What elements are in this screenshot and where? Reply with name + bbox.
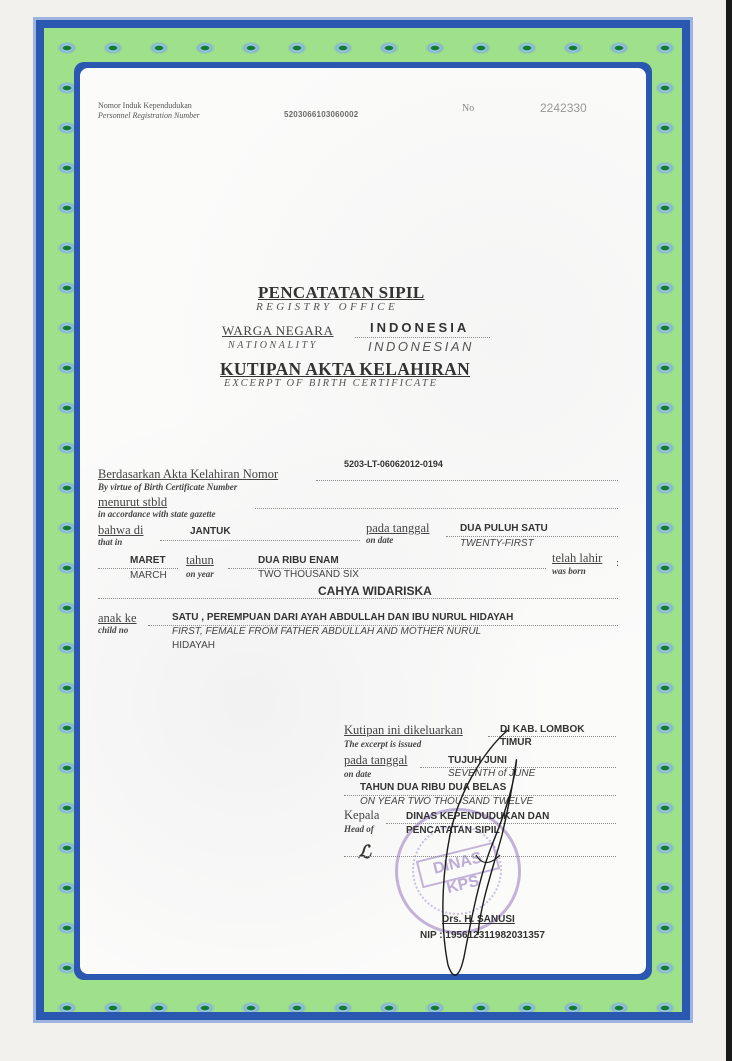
year-label-en: on year <box>186 569 214 579</box>
nationality-label: WARGA NEGARA <box>222 323 334 339</box>
document-title: KUTIPAN AKTA KELAHIRAN <box>220 359 470 380</box>
paraf-initial-icon: ℒ <box>358 842 371 863</box>
office-title-en: REGISTRY OFFICE <box>256 301 398 313</box>
nik-label: Nomor Induk Kependudukan Personnel Regis… <box>98 101 200 121</box>
date-label-en: on date <box>366 535 393 545</box>
born-colon: : <box>616 557 619 569</box>
nationality-dotted-line <box>355 337 490 338</box>
signature-icon <box>420 725 530 985</box>
place-dotted-line <box>160 540 360 541</box>
cert-number-dotted-line <box>316 480 618 481</box>
name-dotted-line <box>98 598 618 599</box>
cert-number-label-en: By virtue of Birth Certificate Number <box>98 482 237 492</box>
serial-prefix: No <box>462 103 474 114</box>
document-title-en: EXCERPT OF BIRTH CERTIFICATE <box>224 378 438 389</box>
nik-label-id: Nomor Induk Kependudukan <box>98 101 200 111</box>
birth-year: DUA RIBU ENAM <box>258 555 339 566</box>
office-title: PENCATATAN SIPIL <box>258 283 424 303</box>
birth-month: MARET <box>130 555 166 566</box>
born-label: telah lahir <box>552 551 602 566</box>
nik-label-en: Personnel Registration Number <box>98 111 200 121</box>
issued-label-en: The excerpt is issued <box>344 739 421 749</box>
birth-month-en: MARCH <box>130 570 167 581</box>
child-description-en-2: HIDAYAH <box>172 640 215 651</box>
stbld-label-en: in accordance with state gazette <box>98 509 216 519</box>
child-no-label-en: child no <box>98 625 128 635</box>
date-label: pada tanggal <box>366 521 430 536</box>
serial-number: 2242330 <box>540 101 587 115</box>
child-description-en-1: FIRST, FEMALE FROM FATHER ABDULLAH AND M… <box>172 626 481 637</box>
place-label-en: that in <box>98 537 122 547</box>
certificate-paper <box>80 68 646 974</box>
nationality-label-en: NATIONALITY <box>228 340 318 351</box>
nationality-value-en: INDONESIAN <box>368 339 474 354</box>
issued-date-label-en: on date <box>344 769 371 779</box>
page-edge <box>726 0 732 1061</box>
birth-date: DUA PULUH SATU <box>460 523 548 534</box>
certificate-number: 5203-LT-06062012-0194 <box>344 459 443 469</box>
birth-place: JANTUK <box>190 526 231 537</box>
date-dotted-line <box>446 536 618 537</box>
born-label-en: was born <box>552 566 586 576</box>
cert-number-label: Berdasarkan Akta Kelahiran Nomor <box>98 467 278 482</box>
nationality-value: INDONESIA <box>370 320 469 335</box>
stbld-dotted-line <box>255 508 618 509</box>
birth-year-en: TWO THOUSAND SIX <box>258 569 359 580</box>
child-description: SATU , PEREMPUAN DARI AYAH ABDULLAH DAN … <box>172 612 513 623</box>
issued-date-label: pada tanggal <box>344 753 408 768</box>
child-name: CAHYA WIDARISKA <box>318 584 432 598</box>
nik-value: 5203066103060002 <box>284 110 358 119</box>
birth-date-en: TWENTY-FIRST <box>460 538 534 549</box>
child-no-label: anak ke <box>98 611 137 626</box>
stbld-label: menurut stbld <box>98 495 167 510</box>
head-label: Kepala <box>344 808 379 823</box>
place-label: bahwa di <box>98 523 143 538</box>
year-label: tahun <box>186 553 214 568</box>
head-label-en: Head of <box>344 824 374 834</box>
month-dotted-line <box>98 568 178 569</box>
